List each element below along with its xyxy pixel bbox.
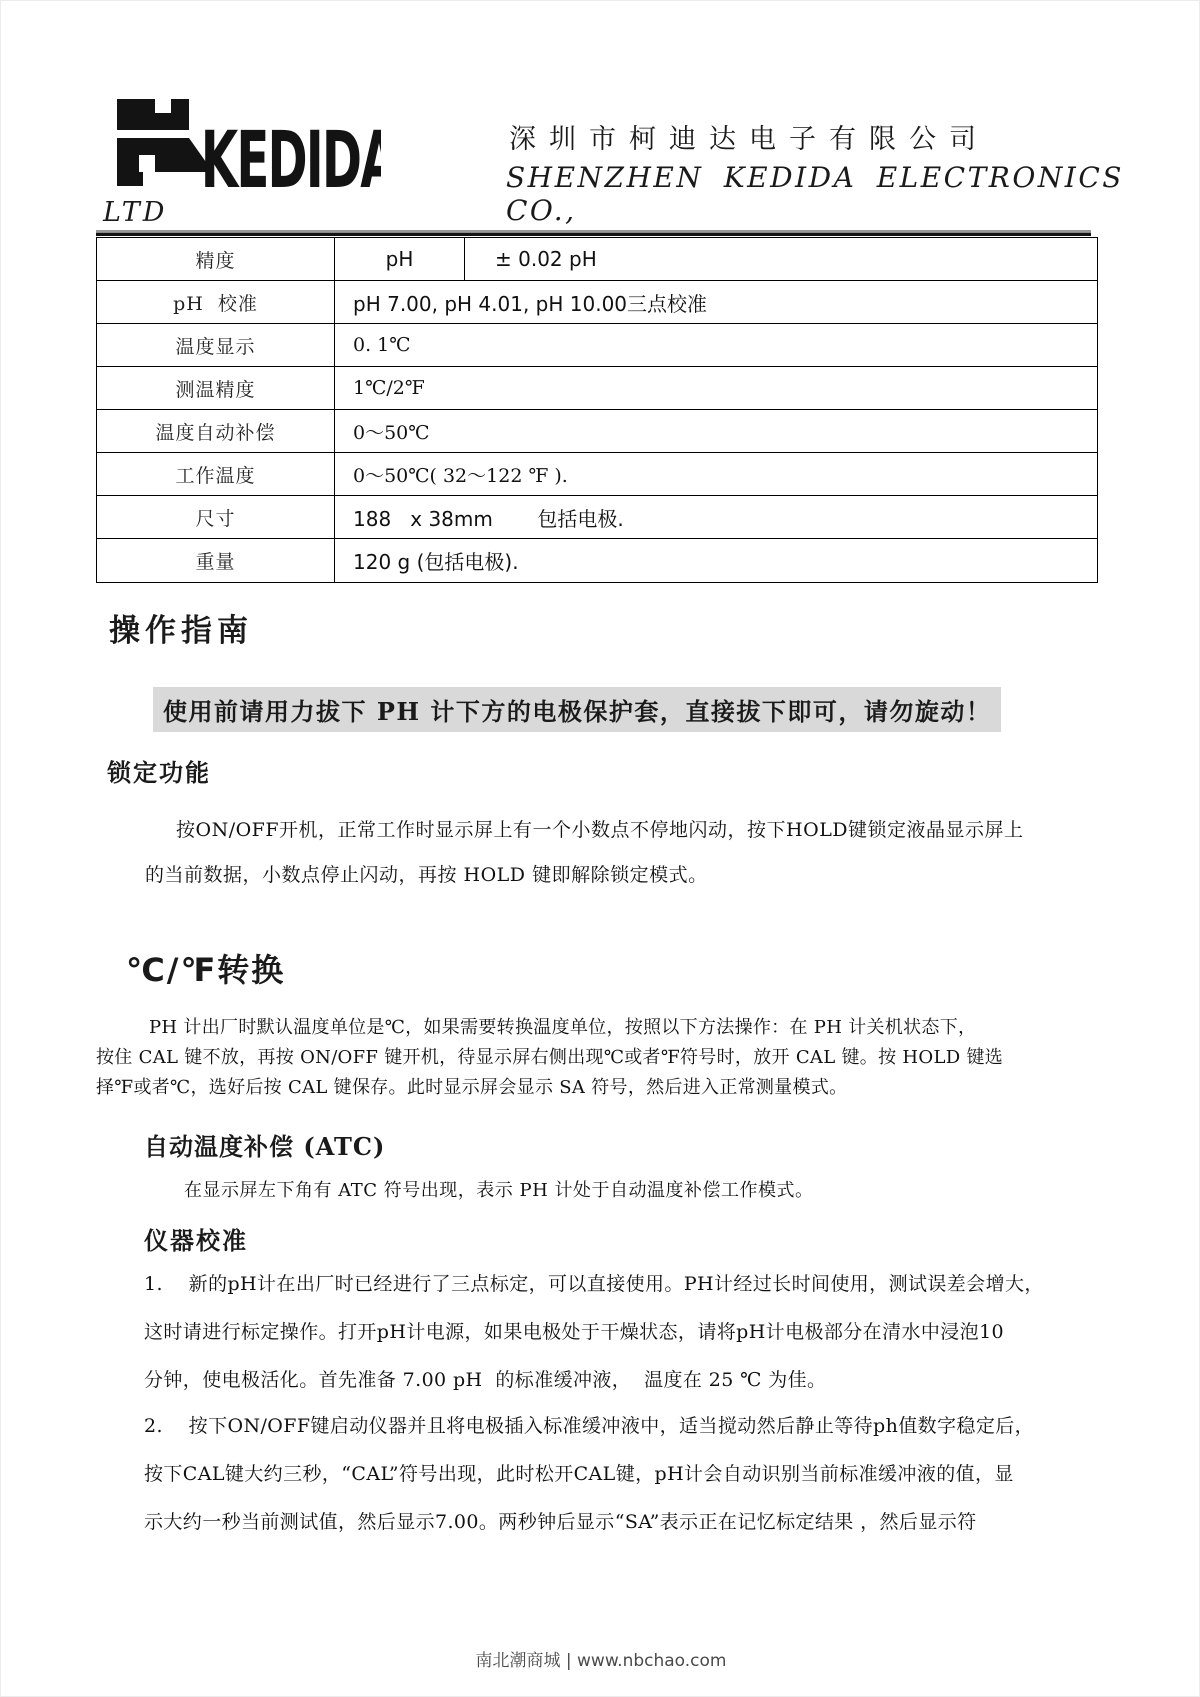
table-row: pH 校准 pH 7.00, pH 4.01, pH 10.00三点校准 — [97, 281, 1097, 324]
calibration-item1-line: 分钟，使电极活化。首先准备 7.00 pH 的标准缓冲液， 温度在 25 ℃ 为… — [144, 1365, 826, 1392]
header-divider — [96, 230, 1091, 236]
section-title-cf-convert: ℃/℉转换 — [126, 945, 285, 991]
spec-value: pH ± 0.02 pH — [335, 238, 1097, 280]
spec-value: 188 x 38mm 包括电极. — [335, 496, 1097, 538]
footer-site-credit: 南北潮商城 | www.nbchao.com — [1, 1646, 1200, 1671]
calibration-item1-line: 这时请进行标定操作。打开pH计电源，如果电极处于干燥状态，请将pH计电极部分在清… — [144, 1317, 1004, 1344]
spec-table: 精度 pH ± 0.02 pH pH 校准 pH 7.00, pH 4.01, … — [96, 237, 1098, 583]
atc-paragraph: 在显示屏左下角有 ATC 符号出现，表示 PH 计处于自动温度补偿工作模式。 — [184, 1176, 814, 1202]
lock-paragraph-line: 的当前数据，小数点停止闪动，再按 HOLD 键即解除锁定模式。 — [145, 860, 708, 887]
spec-label: 重量 — [97, 539, 335, 582]
table-row: 重量 120 g (包括电极). — [97, 539, 1097, 582]
calibration-item2-line: 2. 按下ON/OFF键启动仪器并且将电极插入标准缓冲液中，适当搅动然后静止等待… — [144, 1411, 1034, 1438]
section-title-atc: 自动温度补偿 (ATC) — [144, 1127, 385, 1162]
company-name-en: SHENZHEN KEDIDA ELECTRONICS CO., — [506, 161, 1199, 227]
kedida-logo-icon: KEDIDA — [109, 87, 381, 199]
spec-label: 温度自动补偿 — [97, 410, 335, 452]
spec-value: 0～50℃( 32～122 ℉ ). — [335, 453, 1097, 495]
spec-label: 测温精度 — [97, 367, 335, 409]
table-row: 温度显示 0. 1℃ — [97, 324, 1097, 367]
warning-highlight: 使用前请用力拔下 PH 计下方的电极保护套，直接拔下即可，请勿旋动！ — [153, 687, 1001, 732]
spec-label: 尺寸 — [97, 496, 335, 538]
table-row: 精度 pH ± 0.02 pH — [97, 238, 1097, 281]
cf-paragraph-line: 择℉或者℃，选好后按 CAL 键保存。此时显示屏会显示 SA 符号，然后进入正常… — [96, 1073, 847, 1099]
table-row: 尺寸 188 x 38mm 包括电极. — [97, 496, 1097, 539]
table-row: 工作温度 0～50℃( 32～122 ℉ ). — [97, 453, 1097, 496]
svg-text:KEDIDA: KEDIDA — [201, 116, 381, 199]
spec-value-text: ± 0.02 pH — [465, 247, 597, 271]
section-title-lock-function: 锁定功能 — [107, 753, 211, 788]
calibration-item2-line: 按下CAL键大约三秒，“CAL”符号出现，此时松开CAL键，pH计会自动识别当前… — [144, 1459, 1014, 1486]
section-title-operation-guide: 操作指南 — [109, 605, 253, 650]
spec-label: pH 校准 — [97, 281, 335, 323]
calibration-item1-line: 1. 新的pH计在出厂时已经进行了三点标定，可以直接使用。PH计经过长时间使用，… — [144, 1269, 1044, 1296]
cf-paragraph-line: 按住 CAL 键不放，再按 ON/OFF 键开机，待显示屏右侧出现℃或者℉符号时… — [96, 1043, 1003, 1069]
spec-label: 工作温度 — [97, 453, 335, 495]
spec-label: 精度 — [97, 238, 335, 280]
spec-value: 120 g (包括电极). — [335, 539, 1097, 582]
spec-subvalue: pH — [335, 238, 465, 280]
calibration-item2-line: 示大约一秒当前测试值，然后显示7.00。两秒钟后显示“SA”表示正在记忆标定结果… — [144, 1507, 977, 1534]
section-title-calibration: 仪器校准 — [144, 1221, 248, 1256]
cf-paragraph-line: PH 计出厂时默认温度单位是℃，如果需要转换温度单位，按照以下方法操作：在 PH… — [149, 1013, 976, 1039]
company-name-cn: 深圳市柯迪达电子有限公司 — [509, 117, 989, 156]
document-page: KEDIDA 深圳市柯迪达电子有限公司 SHENZHEN KEDIDA ELEC… — [0, 0, 1200, 1697]
lock-paragraph-line: 按ON/OFF开机，正常工作时显示屏上有一个小数点不停地闪动，按下HOLD键锁定… — [176, 815, 1024, 842]
table-row: 测温精度 1℃/2℉ — [97, 367, 1097, 410]
logo-ltd-text: LTD — [103, 197, 167, 228]
table-row: 温度自动补偿 0～50℃ — [97, 410, 1097, 453]
spec-value: 0. 1℃ — [335, 324, 1097, 366]
spec-value: 0～50℃ — [335, 410, 1097, 452]
spec-value: pH 7.00, pH 4.01, pH 10.00三点校准 — [335, 281, 1097, 323]
spec-label: 温度显示 — [97, 324, 335, 366]
spec-value: 1℃/2℉ — [335, 367, 1097, 409]
